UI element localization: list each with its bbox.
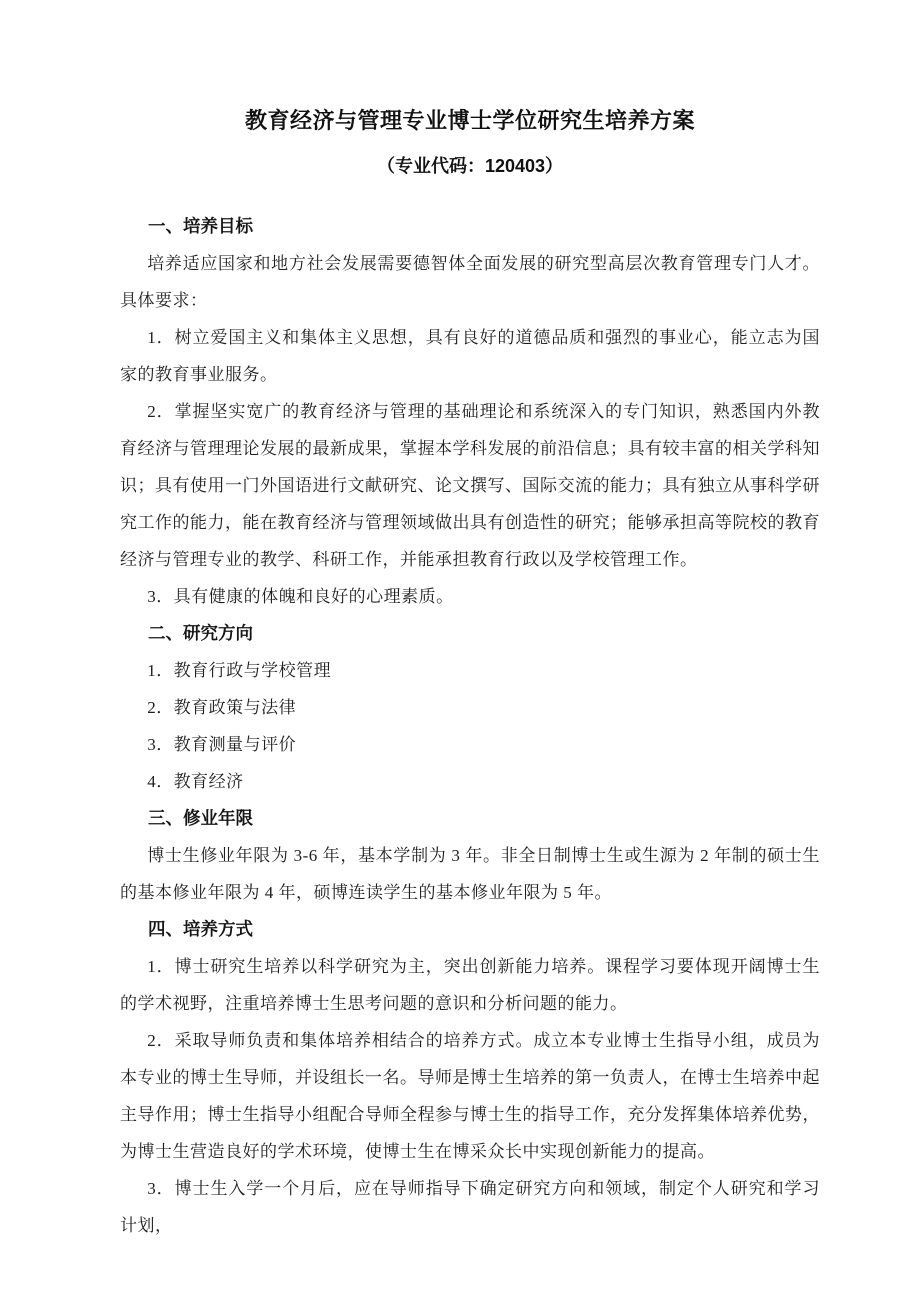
list-item: 4．教育经济: [120, 763, 820, 800]
list-item: 3．教育测量与评价: [120, 726, 820, 763]
list-item: 1．教育行政与学校管理: [120, 652, 820, 689]
paragraph: 博士生修业年限为 3-6 年，基本学制为 3 年。非全日制博士生或生源为 2 年…: [120, 837, 820, 911]
section-heading-training-methods: 四、培养方式: [120, 911, 820, 948]
paragraph: 2．掌握坚实宽广的教育经济与管理的基础理论和系统深入的专门知识，熟悉国内外教育经…: [120, 393, 820, 578]
paragraph: 1．博士研究生培养以科学研究为主，突出创新能力培养。课程学习要体现开阔博士生的学…: [120, 948, 820, 1022]
section-heading-study-duration: 三、修业年限: [120, 800, 820, 837]
paragraph: 3．博士生入学一个月后，应在导师指导下确定研究方向和领域，制定个人研究和学习计划…: [120, 1170, 820, 1244]
page-subtitle: （专业代码：120403）: [120, 152, 820, 180]
paragraph: 3．具有健康的体魄和良好的心理素质。: [120, 578, 820, 615]
document-page: 教育经济与管理专业博士学位研究生培养方案 （专业代码：120403） 一、培养目…: [0, 0, 920, 1302]
page-title: 教育经济与管理专业博士学位研究生培养方案: [120, 104, 820, 138]
list-item: 2．教育政策与法律: [120, 689, 820, 726]
paragraph: 1．树立爱国主义和集体主义思想，具有良好的道德品质和强烈的事业心，能立志为国家的…: [120, 319, 820, 393]
section-heading-training-objectives: 一、培养目标: [120, 208, 820, 245]
paragraph: 培养适应国家和地方社会发展需要德智体全面发展的研究型高层次教育管理专门人才。具体…: [120, 245, 820, 319]
section-heading-research-directions: 二、研究方向: [120, 615, 820, 652]
paragraph: 2．采取导师负责和集体培养相结合的培养方式。成立本专业博士生指导小组，成员为本专…: [120, 1022, 820, 1170]
